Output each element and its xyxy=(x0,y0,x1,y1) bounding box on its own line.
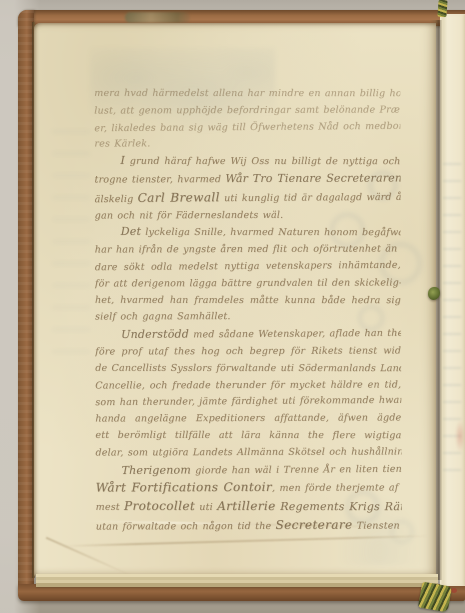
manuscript-word-run: Cancellie, och fredade therunder för myc… xyxy=(95,379,401,391)
manuscript-line: trogne tienster, hvarmed Wår Tro Tienare… xyxy=(95,170,401,189)
manuscript-line: sielf och gagna Samhället. xyxy=(95,309,401,327)
manuscript-line: för att derigenom lägga bättre grundvale… xyxy=(95,275,401,293)
manuscript-line: res Kärlek. xyxy=(94,136,400,154)
manuscript-emphasized-word: Regements Krigs Rätten, xyxy=(276,500,402,513)
manuscript-line: mest Protocollet uti Artillerie Regement… xyxy=(96,498,402,517)
manuscript-line: Understödd med sådane Wetenskaper, aflad… xyxy=(95,325,401,345)
ink-bleedthrough-ghost xyxy=(52,128,90,363)
manuscript-word-run: delar, som utgiöra Landets Allmänna Sköt… xyxy=(95,446,401,458)
bookmark-ribbon-bottom xyxy=(418,582,452,613)
manuscript-word-run: före prof utaf thes hog och begrep för R… xyxy=(95,345,401,357)
manuscript-word-run: som han therunder, jämte färdighet uti f… xyxy=(95,395,402,409)
manuscript-word-run: har han ifrån de yngste åren med flit oc… xyxy=(95,244,402,256)
manuscript-emphasized-word: Artillerie xyxy=(217,499,276,513)
manuscript-word-run: uti xyxy=(195,502,217,513)
manuscript-line: har han ifrån de yngste åren med flit oc… xyxy=(95,242,401,260)
manuscript-word-run: Tiensten wid — xyxy=(352,520,401,531)
manuscript-line: Therigenom giorde han wäl i Trenne År en… xyxy=(95,460,401,480)
manuscript-emphasized-word: Secreterare xyxy=(276,518,353,532)
manuscript-word-run: med sådane Wetenskaper, aflade han ther- xyxy=(189,328,402,341)
manuscript-word-run: mera hvad härmedelst allena har mindre e… xyxy=(94,88,402,99)
manuscript-word-run: res Kärlek. xyxy=(94,139,150,150)
manuscript-word-run: het, hvarmed han framdeles måtte kunna b… xyxy=(95,294,401,305)
manuscript-word-run: , men förde therjemte af allra- xyxy=(272,483,402,495)
manuscript-word-run: giorde han wäl i Trenne År en liten tien… xyxy=(191,463,402,476)
red-fleck xyxy=(451,588,457,593)
manuscript-line: ett berömligt tillfälle att lära känna t… xyxy=(95,428,401,445)
manuscript-word-run: handa angelägne Expeditioners affattande… xyxy=(95,413,401,425)
marbled-paper-smudge xyxy=(125,12,190,23)
manuscript-line: som han therunder, jämte färdighet uti f… xyxy=(95,393,401,412)
manuscript-line: utan förwaltade och någon tid the Secret… xyxy=(96,516,402,536)
manuscript-line: het, hvarmed han framdeles måtte kunna b… xyxy=(95,292,401,309)
manuscript-emphasized-word: Wår Tro Tienare Secreteraren xyxy=(225,171,401,185)
manuscript-word-run: sielf och gagna Samhället. xyxy=(95,311,231,322)
manuscript-line: er, likaledes bana sig wäg till Öfwerhet… xyxy=(94,118,400,137)
manuscript-word-run: för att derigenom lägga bättre grundvale… xyxy=(95,277,402,289)
manuscript-word-run: ett berömligt tillfälle att lära känna t… xyxy=(95,430,401,441)
manuscript-line: dare sökt odla medelst nyttiga vetenskap… xyxy=(95,258,401,277)
manuscript-line: Det lyckeliga Snille, hvarmed Naturen ho… xyxy=(95,224,401,242)
bookmark-ribbon-top xyxy=(437,0,447,17)
manuscript-line: lust, att genom upphöjde befordringar sa… xyxy=(94,102,400,120)
manuscript-word-run: trogne tienster, hvarmed xyxy=(95,174,226,185)
manuscript-line: gan och nit för Fäderneslandets wäl. xyxy=(95,207,401,225)
manuscript-word-run: gan och nit för Fäderneslandets wäl. xyxy=(95,209,284,221)
manuscript-emphasized-word: Understödd xyxy=(121,328,189,342)
manuscript-emphasized-word: Therigenom xyxy=(121,463,191,477)
manuscript-word-run: de Cancellists Sysslors förwaltande uti … xyxy=(95,363,402,374)
manuscript-word-run: mest xyxy=(96,502,124,513)
manuscript-word-run: dare sökt odla medelst nyttiga vetenskap… xyxy=(95,260,401,273)
manuscript-word-run: lust, att genom upphöjde befordringar sa… xyxy=(94,104,402,116)
manuscript-emphasized-word: Carl Brewall xyxy=(137,190,219,205)
manuscript-emphasized-word: Protocollet xyxy=(124,499,195,513)
manuscript-word-run: grund häraf hafwe Wij Oss nu billigt de … xyxy=(125,156,400,167)
manuscript-line: mera hvad härmedelst allena har mindre e… xyxy=(94,86,400,103)
manuscript-word-run: lyckeliga Snille, hvarmed Naturen honom … xyxy=(141,227,402,238)
photographed-book-scene: mera hvad härmedelst allena har mindre e… xyxy=(0,0,465,613)
manuscript-emphasized-word: Det xyxy=(121,225,141,238)
page-stack-edges xyxy=(36,574,438,587)
manuscript-line: de Cancellists Sysslors förwaltande uti … xyxy=(95,361,401,378)
manuscript-line: älskelig Carl Brewall uti kunglig tid är… xyxy=(95,188,401,209)
manuscript-page: mera hvad härmedelst allena har mindre e… xyxy=(34,23,436,576)
manuscript-line: handa angelägne Expeditioners affattande… xyxy=(95,411,401,429)
manuscript-word-run: utan förwaltade och någon tid the xyxy=(96,521,276,533)
manuscript-word-run: er, likaledes bana sig wäg till Öfwerhet… xyxy=(94,120,401,134)
manuscript-emphasized-word: Wårt Fortifications Contoir xyxy=(96,480,272,495)
manuscript-line: Wårt Fortifications Contoir, men förde t… xyxy=(96,479,402,499)
manuscript-line: I grund häraf hafwe Wij Oss nu billigt d… xyxy=(94,153,400,171)
manuscript-word-run: älskelig xyxy=(95,194,138,205)
manuscript-line: före prof utaf thes hog och begrep för R… xyxy=(95,343,401,361)
pink-stain xyxy=(455,420,465,452)
manuscript-word-run: uti kunglig tid är dagalagd wärd åhå- xyxy=(220,191,402,204)
manuscript-line: delar, som utgiöra Landets Allmänna Sköt… xyxy=(95,444,401,462)
manuscript-text: mera hvad härmedelst allena har mindre e… xyxy=(94,85,402,536)
